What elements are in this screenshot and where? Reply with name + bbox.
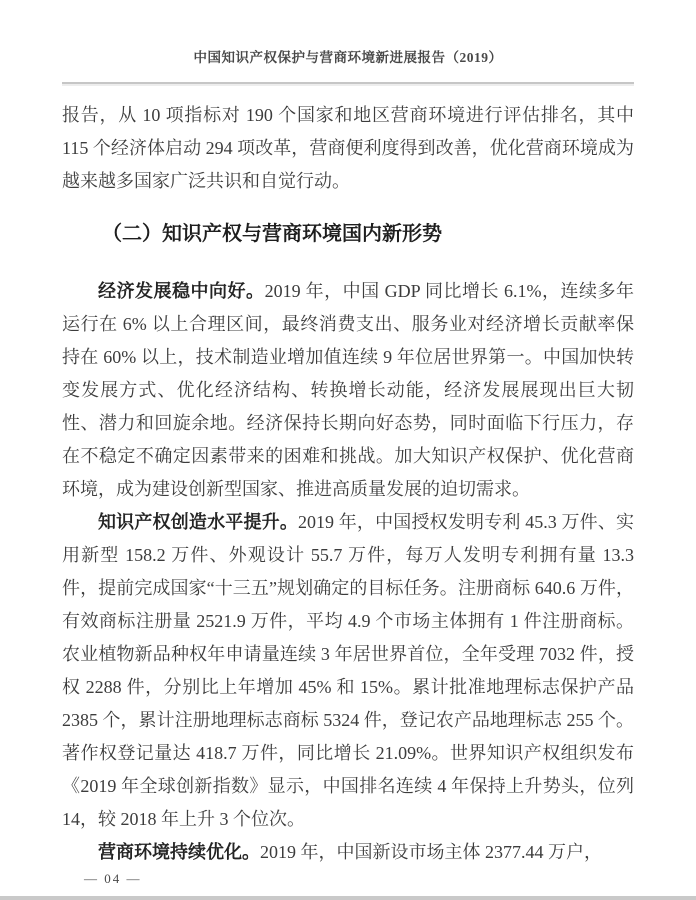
scan-edge-shadow: [0, 896, 696, 900]
paragraph-economy: 经济发展稳中向好。2019 年，中国 GDP 同比增长 6.1%，连续多年运行在…: [62, 275, 634, 506]
page-number: — 04 —: [84, 871, 142, 886]
paragraph-lead: 营商环境持续优化。: [98, 842, 260, 862]
paragraph-ip-creation: 知识产权创造水平提升。2019 年，中国授权发明专利 45.3 万件、实用新型 …: [62, 506, 634, 836]
paragraph-lead: 经济发展稳中向好。: [98, 281, 265, 301]
report-header-title: 中国知识产权保护与营商环境新进展报告（2019）: [0, 46, 696, 66]
paragraph-lead: 知识产权创造水平提升。: [98, 512, 298, 532]
paragraph-text: 2019 年，中国 GDP 同比增长 6.1%，连续多年运行在 6% 以上合理区…: [62, 281, 634, 499]
continued-paragraph: 报告，从 10 项指标对 190 个国家和地区营商环境进行评估排名，其中 115…: [62, 99, 634, 198]
section-heading: （二）知识产权与营商环境国内新形势: [62, 219, 634, 249]
header-divider: [62, 82, 634, 84]
paragraph-text: 2019 年，中国授权发明专利 45.3 万件、实用新型 158.2 万件、外观…: [62, 512, 634, 829]
page-content: 报告，从 10 项指标对 190 个国家和地区营商环境进行评估排名，其中 115…: [62, 99, 634, 869]
document-page: 中国知识产权保护与营商环境新进展报告（2019） 报告，从 10 项指标对 19…: [0, 0, 696, 900]
paragraph-business-environment: 营商环境持续优化。2019 年，中国新设市场主体 2377.44 万户，: [62, 836, 634, 869]
paragraph-text: 2019 年，中国新设市场主体 2377.44 万户，: [260, 842, 602, 862]
page-footer: — 04 —: [84, 871, 142, 887]
